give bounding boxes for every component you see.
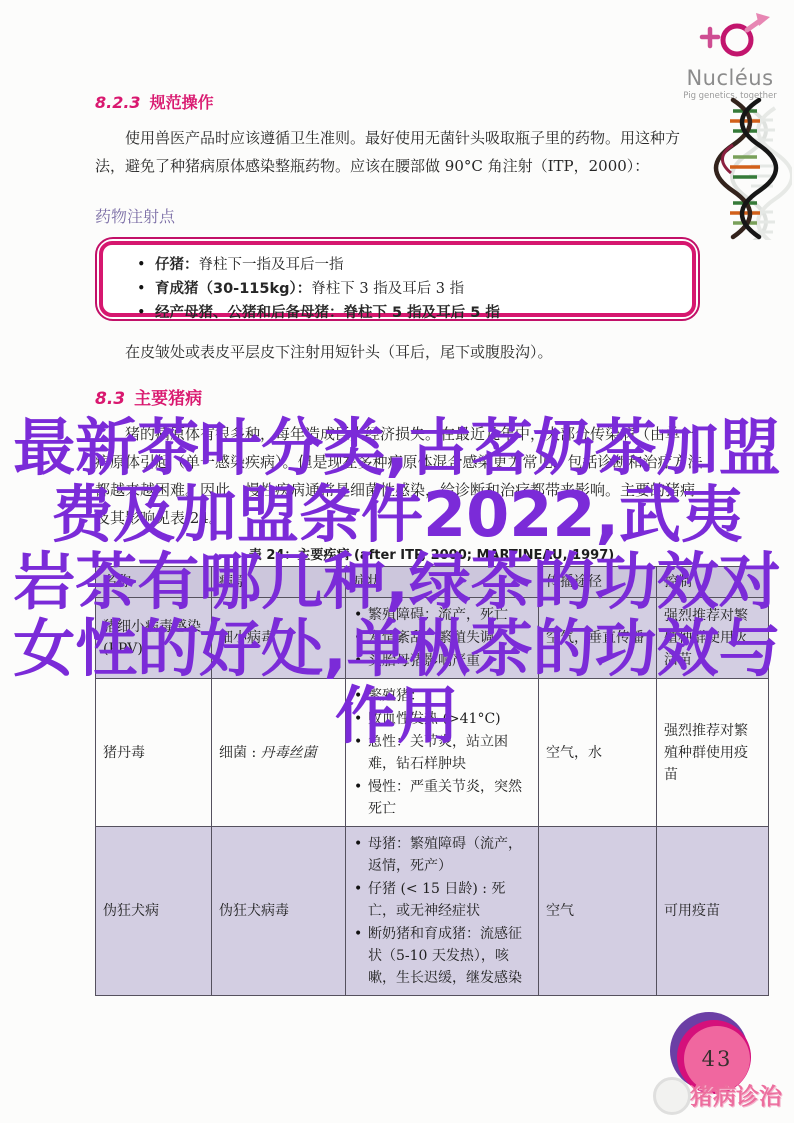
disease-transmission: 空气 — [539, 827, 657, 996]
brand-text: 猪病诊治 — [690, 1078, 782, 1111]
overlay-line: 岩茶有哪几种,绿茶的功效对 — [0, 548, 794, 615]
injection-points-box: 仔猪：脊柱下一指及耳后一指 育成猪（30-115kg）：脊柱下 3 指及耳后 3… — [95, 237, 700, 321]
nucleus-logo: Nucléus Pig genetics, together — [680, 10, 780, 101]
list-item: 育成猪（30-115kg）：脊柱下 3 指及耳后 3 指 — [103, 277, 692, 301]
watermark-logo-icon — [653, 1077, 691, 1115]
section-heading-83: 8.3主要猪病 — [95, 384, 202, 409]
disease-control: 可用疫苗 — [657, 827, 769, 996]
overlay-line: 最新茶叶分类,古茗奶茶加盟 — [0, 414, 794, 481]
section-number: 8.3 — [95, 389, 125, 409]
gender-symbol-icon — [688, 10, 772, 62]
paragraph-short-needle: 在皮皱处或表皮平层皮下注射用短针头（耳后，尾下或腹股沟）。 — [95, 338, 703, 366]
disease-symptoms: 母猪：繁殖障碍（流产，返情，死产） 仔猪 (< 15 日龄) : 死亡，或无神经… — [346, 827, 539, 996]
disease-name: 伪狂犬病 — [96, 827, 212, 996]
overlay-line: 费及加盟条件2022,武夷 — [0, 481, 794, 548]
injection-points-heading: 药物注射点 — [95, 204, 175, 227]
seo-overlay-text: 最新茶叶分类,古茗奶茶加盟 费及加盟条件2022,武夷 岩茶有哪几种,绿茶的功效… — [0, 414, 794, 749]
list-item: 经产母猪、公猪和后备母猪：脊柱下 5 指及耳后 5 指 — [103, 301, 692, 325]
overlay-line: 作用 — [0, 682, 794, 749]
disease-pathogen: 伪狂犬病毒 — [212, 827, 346, 996]
dna-helix-icon — [712, 98, 792, 240]
table-row: 伪狂犬病 伪狂犬病毒 母猪：繁殖障碍（流产，返情，死产） 仔猪 (< 15 日龄… — [96, 827, 769, 996]
section-title: 规范操作 — [150, 93, 214, 112]
injection-points-list: 仔猪：脊柱下一指及耳后一指 育成猪（30-115kg）：脊柱下 3 指及耳后 3… — [103, 253, 692, 325]
section-heading-823: 8.2.3规范操作 — [95, 90, 214, 113]
section-title: 主要猪病 — [134, 389, 202, 409]
logo-name: Nucléus — [680, 66, 780, 90]
page-number: 43 — [702, 1047, 733, 1071]
section-number: 8.2.3 — [95, 93, 141, 112]
overlay-line: 女性的好处,单枞茶的功效与 — [0, 615, 794, 682]
paragraph-hygiene: 使用兽医产品时应该遵循卫生准则。最好使用无菌针头吸取瓶子里的药物。用这种方法，避… — [95, 124, 703, 180]
document-page: Nucléus Pig genetics, together — [0, 0, 794, 1123]
list-item: 仔猪：脊柱下一指及耳后一指 — [103, 253, 692, 277]
